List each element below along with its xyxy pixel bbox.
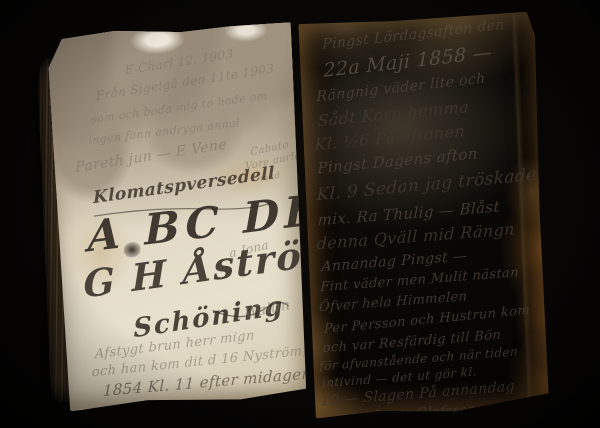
photo-of-open-diary: E Charl 12. 1903 Från Sigelgå den 11te 1… xyxy=(0,0,600,428)
scribble-flourish xyxy=(165,396,255,410)
paper-tear-highlight xyxy=(127,23,186,56)
left-page: E Charl 12. 1903 Från Sigelgå den 11te 1… xyxy=(47,22,309,411)
paper-tear-highlight xyxy=(222,17,269,43)
right-page: Pingst Lördagsafton den 22a Maji 1858 — … xyxy=(297,11,551,418)
